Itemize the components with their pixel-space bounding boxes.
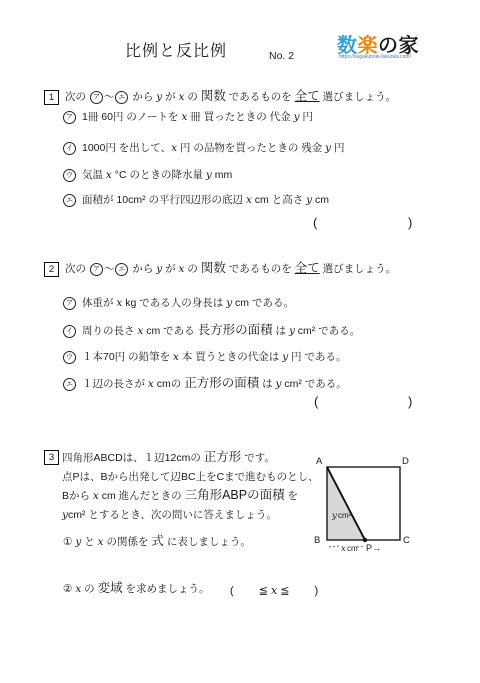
question-3-sub-2: ② x の 変域 を求めましょう。 [63, 581, 210, 597]
triangle-area-variable: y [331, 511, 337, 521]
option-i-mark: イ [63, 325, 76, 338]
option-u-mark: ウ [63, 169, 76, 182]
base-length-variable: x [341, 544, 346, 554]
page-number: No. 2 [269, 50, 294, 62]
geometry-figure: A D B C y cm² x cm P→ [303, 449, 478, 574]
option-a-mark: ア [63, 111, 76, 124]
question-3-range-answer: ( ≦ x ≦ ) [230, 583, 318, 599]
option-e-text: 面積が 10cm² の平行四辺形の底辺 x cm と高さ y cm [82, 194, 329, 206]
base-length-unit: cm [347, 544, 358, 553]
logo-url: https://sugakunoie-fukuoka.com/ [339, 54, 411, 60]
question-2-answer-paren-open: ( [314, 394, 318, 409]
question-1-answer-paren-close: ) [408, 215, 412, 230]
question-1-answer-paren-open: ( [313, 215, 317, 230]
question-2-text: 次の ア～エ から y が x の 関数 であるものを 全て 選びましょう。 [65, 261, 396, 277]
question-3-number-box: 3 [44, 450, 59, 465]
option-i-text: 周りの長さ x cm である 長方形の面積 は y cm² である。 [82, 325, 360, 337]
question-3-line-4: ycm² とするとき、次の問いに答えましょう。 [62, 508, 277, 523]
point-p-dot [363, 538, 367, 542]
option-e-mark: エ [63, 378, 76, 391]
question-2-number-box: 2 [44, 262, 59, 277]
option-a-mark: ア [63, 297, 76, 310]
question-3-line-2: 点Pは、Bから出発して辺BC上をCまで進むものとし、 [62, 470, 319, 485]
dimension-dash-right [357, 546, 363, 547]
question-2-option-e: エ１辺の長さが x cmの 正方形の面積 は y cm² である。 [62, 376, 347, 392]
worksheet-page: { "colors": { "logo_blue": "#2b9fd8", "l… [0, 0, 480, 683]
question-1-option-u: ウ気温 x °C のときの降水量 y mm [62, 168, 232, 183]
option-e-mark: エ [63, 194, 76, 207]
question-2-option-a: ア体重が x kg である人の身長は y cm である。 [62, 296, 294, 311]
question-2-answer-paren-close: ) [408, 394, 412, 409]
question-1-number-box: 1 [44, 90, 59, 105]
option-u-text: 気温 x °C のときの降水量 y mm [82, 169, 232, 181]
question-1-option-e: エ面積が 10cm² の平行四辺形の底辺 x cm と高さ y cm [62, 193, 329, 208]
corner-label-d: D [402, 456, 409, 467]
option-i-mark: イ [63, 142, 76, 155]
corner-label-c: C [403, 535, 410, 546]
question-1-option-i: イ1000円 を出して、x 円 の品物を買ったときの 残金 y 円 [62, 141, 345, 156]
corner-label-b: B [314, 535, 320, 546]
dimension-dash-left [329, 546, 339, 547]
question-3-line-1: 四角形ABCDは、１辺12cmの 正方形 です。 [62, 450, 275, 466]
question-2-option-i: イ周りの長さ x cm である 長方形の面積 は y cm² である。 [62, 323, 360, 339]
question-1-option-a: ア1冊 60円 のノートを x 冊 買ったときの 代金 y 円 [62, 110, 313, 125]
option-a-text: 体重が x kg である人の身長は y cm である。 [82, 297, 294, 309]
option-a-text: 1冊 60円 のノートを x 冊 買ったときの 代金 y 円 [82, 111, 313, 123]
question-3-sub-1: ① y と x の関係を 式 に表しましょう。 [63, 534, 251, 550]
option-u-text: １本70円 の鉛筆を x 本 買うときの代金は y 円 である。 [82, 351, 346, 363]
option-e-text: １辺の長さが x cmの 正方形の面積 は y cm² である。 [82, 378, 347, 390]
question-3-line-3: Bから x cm 進んだときの 三角形ABPの面積 を [62, 488, 298, 504]
triangle-area-unit: cm² [338, 511, 352, 520]
question-2-option-u: ウ１本70円 の鉛筆を x 本 買うときの代金は y 円 である。 [62, 350, 346, 365]
page-title: 比例と反比例 [125, 38, 227, 61]
option-u-mark: ウ [63, 351, 76, 364]
point-p-label: P→ [366, 543, 381, 553]
option-i-text: 1000円 を出して、x 円 の品物を買ったときの 残金 y 円 [82, 142, 345, 154]
question-1-text: 次の ア～エ から y が x の 関数 であるものを 全て 選びましょう。 [65, 89, 396, 105]
corner-label-a: A [316, 456, 323, 467]
